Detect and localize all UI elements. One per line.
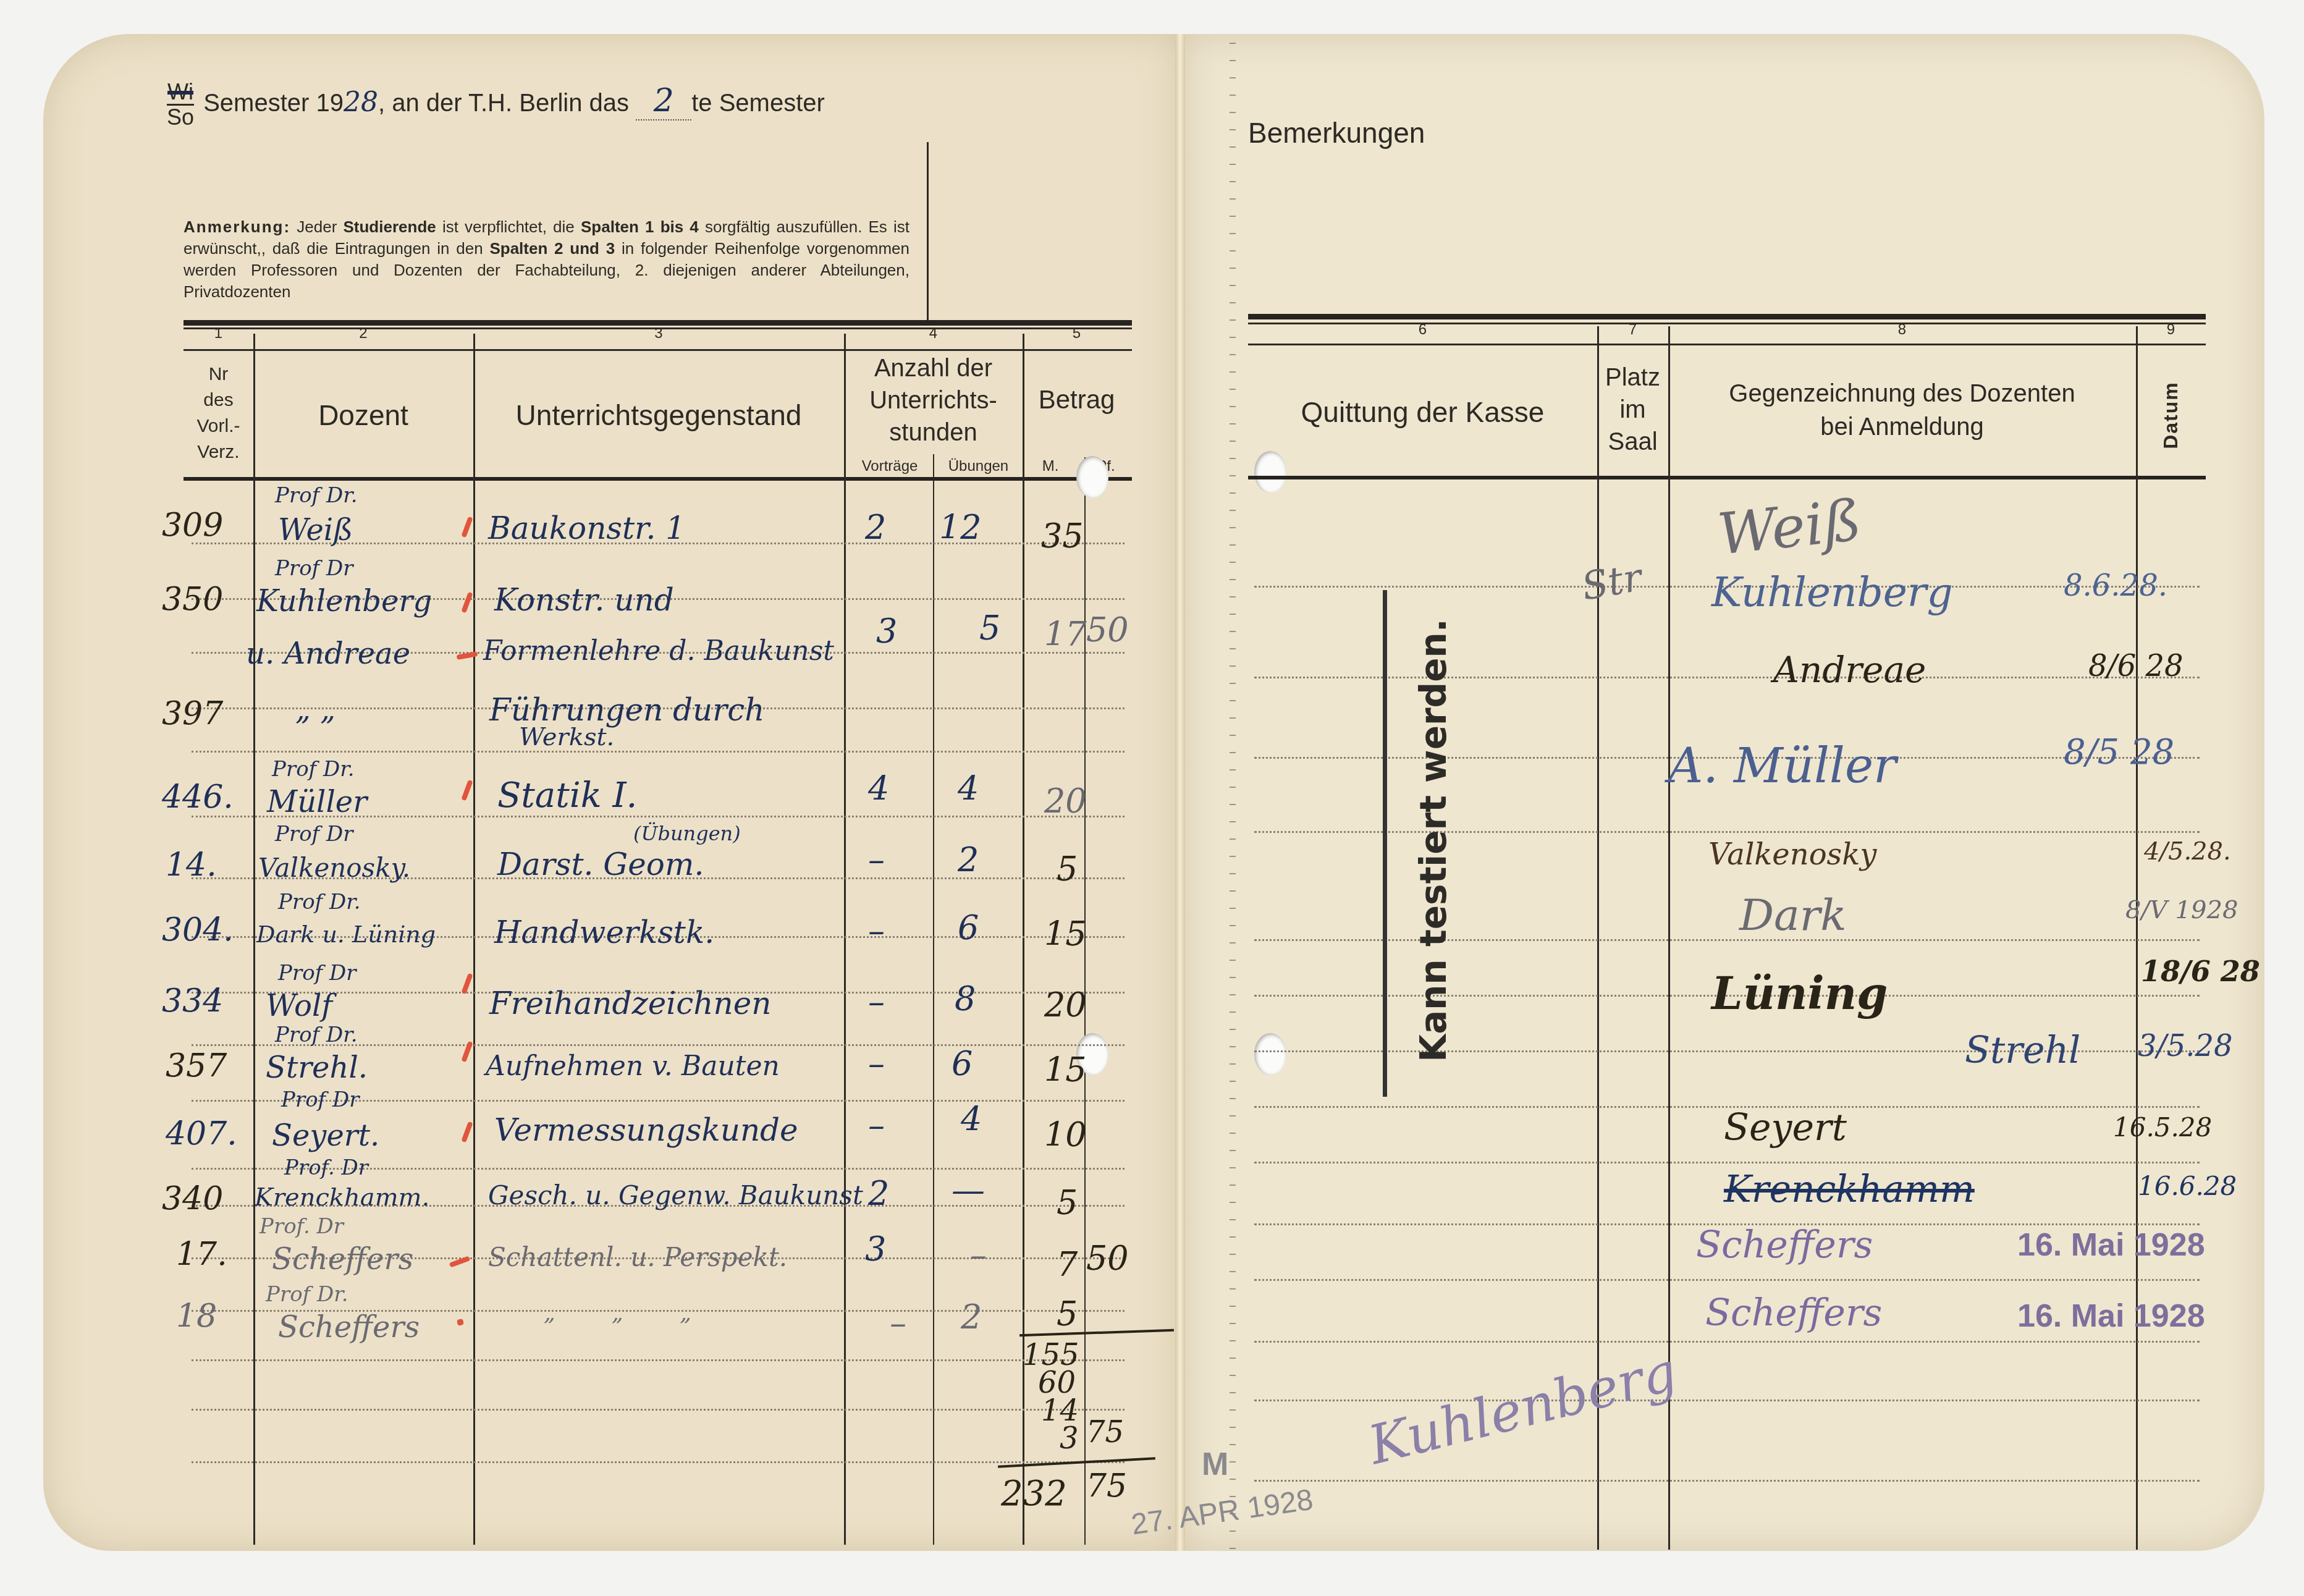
note-text: Jeder [297,217,337,236]
note-text: ist verpflichtet, die [442,217,575,236]
uebungen-count: 6 [952,1044,973,1083]
subject: Darst. Geom. [497,847,704,882]
subject: Schattenl. u. Perspekt. [488,1242,787,1272]
row-number: 334 [162,982,223,1020]
vortraege-count: – [868,1044,885,1083]
header-anzahl-line: stunden [844,416,1023,449]
row-guide [192,1409,1125,1411]
signature-date: 8.6.28. [2064,568,2167,603]
vortraege-count: 3 [865,1230,886,1269]
header-vortraege: Vorträge [846,450,933,483]
signature: Lüning [1711,967,1888,1020]
vortraege-count: – [868,1106,885,1145]
header-gegenzeichnung-line: Gegenzeichnung des Dozenten [1668,377,2136,410]
dozent-name: Scheffers [272,1242,413,1277]
signature: A. Müller [1668,738,1896,794]
semester-title: Wi So Semester 1928, an der T.H. Berlin … [167,80,825,129]
vortraege-count: 3 [876,612,897,651]
header-gegenzeichnung-line: bei Anmeldung [1668,410,2136,444]
signature: Strehl [1965,1029,2080,1072]
note-label: Anmerkung: [184,217,290,236]
grand-total: 232 [1001,1474,1067,1514]
row-number: 309 [162,507,223,544]
header-platz: Platz im Saal [1597,361,1668,458]
betrag-mark: 5 [1057,1294,1078,1333]
header-betrag: Betrag [1023,383,1131,416]
dozent-title: Prof Dr. [275,1023,358,1047]
column-number: 6 [1248,321,1597,339]
table-top-rule [1248,314,2206,319]
vortraege-count: – [868,840,885,879]
bottom-stamp-letter: M [1202,1446,1228,1483]
dozent-name: u. Andreae [246,636,410,671]
signature: Andreae [1773,649,1926,691]
row-guide [192,1461,1125,1463]
perforation-line [1230,34,1236,1551]
header-uebungen: Übungen [934,450,1023,483]
signature-date: 8/6 28 [2088,649,2184,683]
uebungen-count: 6 [958,908,979,947]
uebungen-count: 4 [961,1100,982,1139]
uebungen-count: 8 [955,979,976,1018]
signature: Kuhlenberg [1711,568,1953,616]
column-number: 1 [184,325,253,342]
row-guide [1254,1400,2200,1401]
dozent-title: Prof Dr. [272,757,355,782]
row-guide [192,751,1125,753]
col-divider-2 [473,334,475,1545]
title-middle: , an der T.H. Berlin das [378,90,629,117]
row-guide [1254,939,2200,941]
dozent-title: Prof Dr. [266,1282,348,1307]
row-number: 304. [162,911,234,948]
betrag-mark: 35 [1041,517,1084,555]
date-stamp: 16. Mai 1928 [2017,1298,2205,1335]
row-number: 446. [162,779,234,816]
betrag-mark: 17 [1044,615,1087,654]
header-gegenzeichnung: Gegenzeichnung des Dozenten bei Anmeldun… [1668,377,2136,444]
row-guide [1254,1279,2200,1281]
signature: Seyert [1724,1106,1847,1149]
row-number: 17. [176,1236,227,1273]
uebungen-count: 4 [958,769,979,808]
signature-date: 4/5.28. [2144,837,2231,866]
subject: Aufnehmen v. Bauten [486,1050,780,1082]
row-number: 357 [166,1047,227,1084]
betrag-mark: 15 [1044,1050,1087,1089]
dozent-name: Dark u. Lüning [256,921,436,948]
signature: Krenckhamm [1724,1168,1975,1211]
uebungen-count: 2 [958,840,979,879]
dozent-name: Scheffers [278,1310,420,1345]
dozent-title: Prof Dr [278,961,357,986]
betrag-mark: 5 [1057,850,1078,889]
col-divider-3 [844,334,846,1545]
signature-date: 3/5.28 [2138,1029,2233,1063]
subject: „ „ „ [544,1301,716,1326]
row-guide [1254,1341,2200,1343]
row-number: 14. [166,847,217,884]
header-platz-line: Platz [1597,361,1668,394]
uebungen-count: 2 [961,1298,982,1336]
dozent-name: Valkenosky. [258,853,410,883]
year-handwritten: 28 [344,87,378,118]
subject: Formenlehre d. Baukunst [483,635,834,667]
betrag-pfennig: 50 [1086,610,1129,649]
column-number-rule [184,349,1132,351]
betrag-mark: 20 [1044,782,1087,821]
grand-total-pfennig: 75 [1086,1467,1127,1505]
cashier-stamp: Kann testiert werden. [1412,619,1454,1062]
header-anzahl-line: Unterrichts- [844,384,1023,416]
date-stamp: 16. Mai 1928 [2017,1227,2205,1264]
dozent-name: Müller [267,785,367,819]
note-bold: Spalten 1 bis 4 [581,217,699,236]
vortraege-count: 2 [868,1174,889,1213]
signature-date: 16.6.28 [2138,1171,2237,1201]
uebungen-count: 12 [939,508,982,547]
header-gegenstand: Unterrichtsgegenstand [473,399,844,432]
addend: 3 [1060,1421,1079,1456]
row-number: 18 [176,1298,217,1335]
header-bottom-rule [1248,476,2206,479]
note-bold: Spalten 2 und 3 [489,239,615,258]
dozent-name: Krenckhamm. [255,1183,429,1212]
header-nr-line: des [184,387,253,413]
betrag-pfennig: 50 [1086,1239,1129,1278]
subject: Gesch. u. Gegenw. Baukunst [488,1180,863,1210]
header-quittung: Quittung der Kasse [1248,395,1597,429]
betrag-mark: 15 [1044,914,1087,953]
dozent-name: Kuhlenberg [256,584,432,619]
remarks-title: Bemerkungen [1248,116,1425,150]
header-platz-line: Saal [1597,426,1668,458]
column-number: 2 [253,325,473,342]
dozent-name: „ „ [295,692,335,727]
header-nr-line: Nr [184,361,253,387]
header-mark: M. [1038,450,1063,483]
betrag-mark: 5 [1057,1183,1078,1222]
row-guide [1254,831,2200,833]
betrag-mark: 10 [1044,1115,1087,1154]
signature-date: 8/V 1928 [2125,896,2238,924]
row-number: 407. [166,1115,237,1152]
instructions-note: Anmerkung: Jeder Studierende ist verpfli… [184,216,909,303]
dozent-title: Prof Dr [275,556,353,581]
signature: Scheffers [1696,1223,1873,1267]
uebungen-count: — [952,1171,985,1210]
row-number: 397 [162,695,223,732]
column-number: 4 [844,325,1023,342]
column-number: 9 [2136,321,2206,339]
subject: Konstr. und [494,582,674,618]
subject: Statik I. [497,775,637,816]
col-divider-8 [2136,326,2138,1550]
book-spine [1175,34,1185,1551]
signature: Valkenosky [1708,837,1876,872]
column-number: 8 [1668,321,2136,339]
col-divider-1 [253,334,255,1545]
title-suffix: te Semester [691,90,825,117]
vortraege-count: 2 [865,508,886,547]
title-prefix: Semester 19 [203,90,344,117]
col-divider-4-sub [933,454,934,1545]
dozent-title: Prof Dr. [278,890,361,914]
row-number: 340 [162,1180,223,1217]
signature: Dark [1739,890,1847,940]
stamp-bar [1383,590,1387,1097]
header-datum: Datum [2159,381,2182,449]
uebungen-count: – [970,1236,987,1275]
header-nr-line: Vorl.- [184,413,253,439]
semester-type: Wi So [167,80,194,129]
subject: Baukonstr. 1 [488,510,685,546]
dozent-name: Seyert. [272,1118,379,1153]
dozent-name: Strehl. [266,1050,368,1085]
column-number: 7 [1597,321,1668,339]
dozent-name: Wolf [266,989,332,1023]
punch-hole [1254,451,1286,493]
signature-date: 16.5.28 [2113,1112,2212,1142]
dozent-title: Prof Dr. [275,483,358,508]
addend-pfennig: 75 [1086,1415,1124,1450]
dozent-title: Prof. Dr [260,1214,344,1239]
column-number: 5 [1023,325,1131,342]
header-anzahl: Anzahl der Unterrichts- stunden [844,352,1023,449]
subject: Handwerkstk. [494,914,714,950]
header-nr-line: Verz. [184,439,253,465]
uebungen-count: 5 [979,609,1000,648]
betrag-mark: 20 [1044,986,1087,1024]
punch-hole [1254,1033,1286,1075]
semester-number-handwritten: 2 [636,82,691,120]
vortraege-count: – [868,982,885,1021]
subject-line2: Werkst. [519,723,614,751]
semester-so: So [167,104,194,130]
row-guide [1254,1162,2200,1163]
header-nr: Nr des Vorl.- Verz. [184,361,253,465]
header-anzahl-line: Anzahl der [844,352,1023,384]
vortraege-count: 4 [868,769,889,808]
note-bold: Studierende [343,217,436,236]
dozent-title: Prof. Dr [284,1155,368,1180]
column-number: 3 [473,325,844,342]
header-platz-line: im [1597,394,1668,426]
row-guide [192,1359,1125,1361]
signature-date: 18/6 28 [2141,955,2260,988]
signature: Scheffers [1705,1291,1882,1335]
punch-hole [1076,456,1108,498]
vortraege-count: – [868,911,885,950]
subject-note: (Übungen) [633,822,741,845]
vortraege-count: – [890,1304,906,1343]
betrag-mark: 7 [1057,1245,1078,1284]
subject: Freihandzeichnen [489,986,772,1021]
signature-date: 8/5 28 [2064,732,2174,772]
header-dozent: Dozent [253,399,473,432]
dozent-name: Weiß [278,513,353,547]
dozent-title: Prof Dr [275,822,353,847]
row-guide [1254,677,2200,678]
dozent-title: Prof Dr [281,1087,360,1112]
subject: Vermessungskunde [494,1112,798,1148]
row-guide [1254,1480,2200,1482]
row-number: 350 [162,581,223,618]
semester-wi-struck: Wi [167,80,194,106]
header-divider [927,142,929,324]
column-number-rule [1248,344,2206,345]
